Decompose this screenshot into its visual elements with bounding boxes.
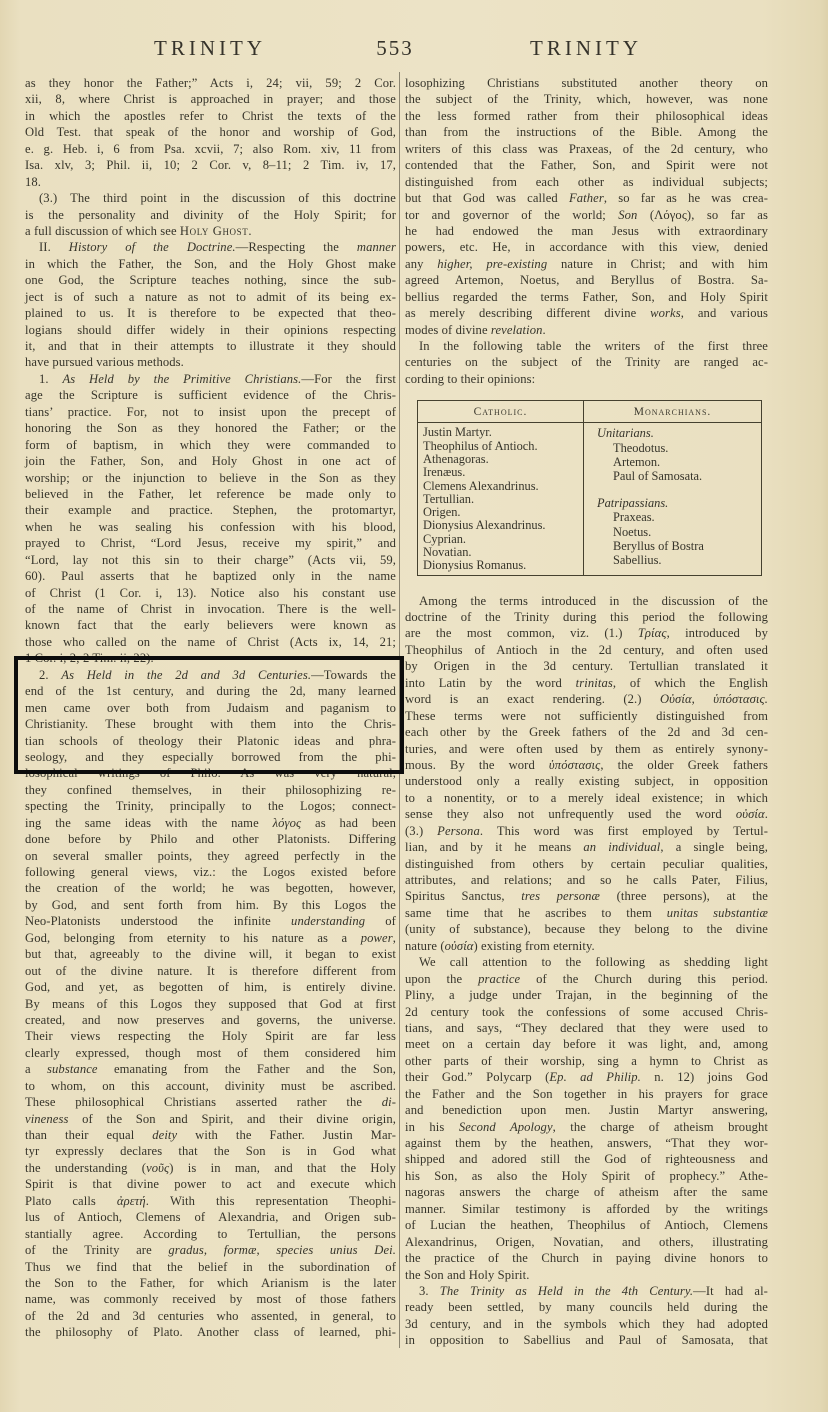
text-line: name, was commonly received by most of t… bbox=[25, 1291, 396, 1307]
text-line: We call attention to the following as sh… bbox=[405, 954, 768, 970]
table-group: Unitarians.Theodotus.Artemon.Paul of Sam… bbox=[589, 426, 759, 483]
text-line: those who called on the name of Christ (… bbox=[25, 634, 396, 650]
text-line: contended that the Father, Son, and Spir… bbox=[405, 157, 768, 173]
text-line: (3.) Persona. This word was first employ… bbox=[405, 823, 768, 839]
text-line: the philosophy of Plato. Another class o… bbox=[25, 1324, 396, 1340]
text-line: clearly expressed, though most of them c… bbox=[25, 1045, 396, 1061]
text-line: the subject of the Trinity, which, howev… bbox=[405, 91, 768, 107]
text-line: God, belonging from eternity to his natu… bbox=[25, 930, 396, 946]
text-line: a substance emanating from the Father an… bbox=[25, 1061, 396, 1077]
text-line: on several smaller points, they agreed p… bbox=[25, 848, 396, 864]
text-line: than from the instructions of the Bible.… bbox=[405, 124, 768, 140]
page-number: 553 bbox=[376, 36, 414, 61]
text-line: Alexandrinus, Origen, Novatian, and othe… bbox=[405, 1234, 768, 1250]
text-line: the Son and Holy Spirit. bbox=[405, 1267, 768, 1283]
table-body-row: Justin Martyr.Theophilus of Antioch.Athe… bbox=[418, 423, 762, 575]
text-line: lian, and by it he means an individual, … bbox=[405, 839, 768, 855]
text-line: but that God was called Father, so far a… bbox=[405, 190, 768, 206]
text-line: known fact that the early believers were… bbox=[25, 617, 396, 633]
text-line: the Son to the Father, for which Arianis… bbox=[25, 1275, 396, 1291]
text-line: 1. As Held by the Primitive Christians.—… bbox=[25, 371, 396, 387]
table-entry: Theophilus of Antioch. bbox=[423, 440, 581, 453]
table-cell-monarchians: Unitarians.Theodotus.Artemon.Paul of Sam… bbox=[584, 423, 762, 575]
text-line: losophizing Christians substituted anoth… bbox=[405, 75, 768, 91]
text-line: his Son, as also the Holy Spirit of prop… bbox=[405, 1168, 768, 1184]
text-line: of the 2d and 3d centuries who assented,… bbox=[25, 1308, 396, 1324]
table-entry: Tertullian. bbox=[423, 493, 581, 506]
text-line: in his Second Apology, the charge of ath… bbox=[405, 1119, 768, 1135]
text-line: 3d century, and in the symbols which the… bbox=[405, 1316, 768, 1332]
table-entry: Dionysius Alexandrinus. bbox=[423, 519, 581, 532]
text-line: Isa. xlv, 3; Phil. ii, 10; 2 Cor. v, 8–1… bbox=[25, 157, 396, 173]
text-line: than their equal deity with the Father. … bbox=[25, 1127, 396, 1143]
table-group-heading: Patripassians. bbox=[597, 496, 759, 510]
text-line: of the name of Christ in invocation. The… bbox=[25, 601, 396, 617]
table-entry: Noetus. bbox=[613, 525, 759, 539]
table-group: Patripassians.Praxeas.Noetus.Beryllus of… bbox=[589, 496, 759, 567]
text-line: and benediction upon men. Justin Martyr … bbox=[405, 1102, 768, 1118]
text-line: of Lucian the heathen, Theophilus of Ant… bbox=[405, 1217, 768, 1233]
text-line: Thus we find that the belief in the subo… bbox=[25, 1259, 396, 1275]
text-line: of Christ (1 Cor. i, 13). Notice also hi… bbox=[25, 585, 396, 601]
table-entry: Cyprian. bbox=[423, 533, 581, 546]
text-line: of the Trinity are gradus, formæ, specie… bbox=[25, 1242, 396, 1258]
text-line: form of baptism, in which they were comm… bbox=[25, 437, 396, 453]
text-line: is the personality and divinity of the H… bbox=[25, 207, 396, 223]
text-line: God, and yet, as begotten of him, is ent… bbox=[25, 979, 396, 995]
text-line: the understanding (νοῦς) is in man, and … bbox=[25, 1160, 396, 1176]
table-entry: Clemens Alexandrinus. bbox=[423, 480, 581, 493]
text-line: attributes, and relations; and so he cal… bbox=[405, 872, 768, 888]
text-line: Old Test. that speak of the honor and wo… bbox=[25, 124, 396, 140]
text-line: believed in the Father, let reference be… bbox=[25, 486, 396, 502]
table-entry: Artemon. bbox=[613, 455, 759, 469]
text-line: seology, and they especially borrowed fr… bbox=[25, 749, 396, 765]
text-line: These terms were not sufficiently distin… bbox=[405, 708, 768, 724]
text-line: Theophilus of Antioch in the 2d century,… bbox=[405, 642, 768, 658]
text-line: each other by the Greek fathers of the 2… bbox=[405, 724, 768, 740]
table-entry: Irenæus. bbox=[423, 466, 581, 479]
table-header-monarchians: Monarchians. bbox=[584, 401, 762, 423]
column-divider-rule bbox=[399, 72, 400, 1348]
text-line: sense they also not unfrequently used th… bbox=[405, 806, 768, 822]
text-line: plained to us. It is therefore to be exp… bbox=[25, 305, 396, 321]
text-line: Plato calls ἀρετή. With this representat… bbox=[25, 1193, 396, 1209]
text-line: out of the divine nature. It is therefor… bbox=[25, 963, 396, 979]
text-line: turies, and were often used by them as e… bbox=[405, 741, 768, 757]
text-line: when he was sealing his confession with … bbox=[25, 519, 396, 535]
text-line: shipped and adored still the God of righ… bbox=[405, 1151, 768, 1167]
text-line: stantially agree. According to Tertullia… bbox=[25, 1226, 396, 1242]
text-line: in opposition to Sabellius and Paul of S… bbox=[405, 1332, 768, 1348]
text-line: the Father and the Son together in his p… bbox=[405, 1086, 768, 1102]
text-line: tians’ practice. For, not to insist upon… bbox=[25, 404, 396, 420]
text-line: it, and that in their attempts to illust… bbox=[25, 338, 396, 354]
text-line: by God, and sent forth from him. By this… bbox=[25, 897, 396, 913]
text-line: he had endowed the man Jesus with extrao… bbox=[405, 223, 768, 239]
text-line: Spiritus Sanctus, tres personæ (three pe… bbox=[405, 888, 768, 904]
text-line: any higher, pre-existing nature in Chris… bbox=[405, 256, 768, 272]
text-line: ject is of such a nature as not to admit… bbox=[25, 289, 396, 305]
text-line: lus of Antioch, Clemens of Alexandria, a… bbox=[25, 1209, 396, 1225]
text-line: honoring the Son as they honored the Fat… bbox=[25, 420, 396, 436]
text-line: ready been settled, by many councils hel… bbox=[405, 1299, 768, 1315]
table-entry: Paul of Samosata. bbox=[613, 469, 759, 483]
table-entry: Athenagoras. bbox=[423, 453, 581, 466]
text-line: one God, the Scripture teaches nothing, … bbox=[25, 272, 396, 288]
text-line: 18. bbox=[25, 174, 396, 190]
text-line: age the Scripture is sufficient evidence… bbox=[25, 387, 396, 403]
text-line: losophical writings of Philo. As was ver… bbox=[25, 765, 396, 781]
text-line: 2. As Held in the 2d and 3d Centuries.—T… bbox=[25, 667, 396, 683]
text-line: doctrine of the Trinity during this peri… bbox=[405, 609, 768, 625]
text-line: the creation of the world; he was begott… bbox=[25, 880, 396, 896]
text-line: In the following table the writers of th… bbox=[405, 338, 768, 354]
text-line: Neo-Platonists understood the infinite u… bbox=[25, 913, 396, 929]
text-line: the practice of the Church in paying div… bbox=[405, 1250, 768, 1266]
text-line: mous. By the word ὑπόστασις, the older G… bbox=[405, 757, 768, 773]
text-line: have pursued various methods. bbox=[25, 354, 396, 370]
text-line: 2d century took the confessions of some … bbox=[405, 1004, 768, 1020]
table-header-catholic: Catholic. bbox=[418, 401, 584, 423]
text-line: 3. The Trinity as Held in the 4th Centur… bbox=[405, 1283, 768, 1299]
text-line: a full discussion of which see Holy Ghos… bbox=[25, 223, 396, 239]
text-line: worship; or the injunction to believe in… bbox=[25, 470, 396, 486]
text-line: By means of this Logos they supposed tha… bbox=[25, 996, 396, 1012]
table-entry: Novatian. bbox=[423, 546, 581, 559]
text-line: Their views respecting the Holy Spirit a… bbox=[25, 1028, 396, 1044]
text-line: in which the Father, the Son, and the Ho… bbox=[25, 256, 396, 272]
table-entry: Origen. bbox=[423, 506, 581, 519]
text-line: distinguished from each other as individ… bbox=[405, 174, 768, 190]
text-line: join the Father, Son, and Holy Ghost in … bbox=[25, 453, 396, 469]
text-line: their God.” Polycarp (Ep. ad Philip. n. … bbox=[405, 1069, 768, 1085]
table-entry: Dionysius Romanus. bbox=[423, 559, 581, 572]
text-line: tian schools of theology their Platonic … bbox=[25, 733, 396, 749]
text-line: logians should differ widely in their op… bbox=[25, 322, 396, 338]
text-line: prayed to Christ, “Lord Jesus, receive m… bbox=[25, 535, 396, 551]
text-line: centuries on the subject of the Trinity … bbox=[405, 354, 768, 370]
text-line: II. History of the Doctrine.—Respecting … bbox=[25, 239, 396, 255]
text-line: created, and now preserves and governs, … bbox=[25, 1012, 396, 1028]
text-line: cording to their opinions: bbox=[405, 371, 768, 387]
text-line: into Latin by the word trinitas, of whic… bbox=[405, 675, 768, 691]
text-line: are the most common, viz. (1.) Τρίας, in… bbox=[405, 625, 768, 641]
right-column-text-bottom: Among the terms introduced in the discus… bbox=[405, 593, 768, 1349]
text-line: as they honor the Father;” Acts i, 24; v… bbox=[25, 75, 396, 91]
text-line: manner. Similar testimony is afforded by… bbox=[405, 1201, 768, 1217]
text-line: ing the same ideas with the name λόγος a… bbox=[25, 815, 396, 831]
text-line: nagoras answers the charge of atheism af… bbox=[405, 1184, 768, 1200]
text-line: the less formed rather from their philos… bbox=[405, 108, 768, 124]
text-line: end of the 1st century, and during the 2… bbox=[25, 683, 396, 699]
text-line: Christianity. These brought with them in… bbox=[25, 716, 396, 732]
running-head-right: TRINITY bbox=[530, 36, 642, 61]
right-column-text-top: losophizing Christians substituted anoth… bbox=[405, 75, 768, 387]
text-line: in which the apostles refer to Christ th… bbox=[25, 108, 396, 124]
table-entry: Praxeas. bbox=[613, 510, 759, 524]
text-line: but that, agreeably to the divine will, … bbox=[25, 946, 396, 962]
table-entry: Sabellius. bbox=[613, 553, 759, 567]
table-entry: Theodotus. bbox=[613, 441, 759, 455]
table-header-row: Catholic. Monarchians. bbox=[418, 401, 762, 423]
writers-table: Catholic. Monarchians. Justin Martyr.The… bbox=[417, 400, 762, 575]
text-line: 60). Paul asserts that he baptized only … bbox=[25, 568, 396, 584]
text-line: to a nonentity, or to a merely ideal exi… bbox=[405, 790, 768, 806]
text-line: vineness of the Son and Spirit, and thei… bbox=[25, 1111, 396, 1127]
text-line: agreed Artemon, Noetus, and Beryllus of … bbox=[405, 272, 768, 288]
text-line: understood only a really existing subjec… bbox=[405, 773, 768, 789]
table-entry: Justin Martyr. bbox=[423, 426, 581, 439]
text-line: following general views, viz.: the Logos… bbox=[25, 864, 396, 880]
text-line: word is an exact rendering. (2.) Οὐσία, … bbox=[405, 691, 768, 707]
right-column: losophizing Christians substituted anoth… bbox=[405, 75, 768, 1349]
text-line: xii, 8, where Christ is approached in pr… bbox=[25, 91, 396, 107]
text-line: men came over both from Judaism and paga… bbox=[25, 700, 396, 716]
text-line: as merely describing different divine wo… bbox=[405, 305, 768, 321]
text-line: tyr expressly declares that the Son is i… bbox=[25, 1143, 396, 1159]
text-line: Among the terms introduced in the discus… bbox=[405, 593, 768, 609]
text-line: tians, and says, “They declared that the… bbox=[405, 1020, 768, 1036]
text-line: by Origen in the 3d century. Tertullian … bbox=[405, 658, 768, 674]
table-group-heading: Unitarians. bbox=[597, 426, 759, 440]
running-head-left: TRINITY bbox=[154, 36, 266, 61]
text-line: bellius regarded the terms Father, Son, … bbox=[405, 289, 768, 305]
text-line: tor and governor of the world; Son (Λόγο… bbox=[405, 207, 768, 223]
text-line: These philosophical Christians asserted … bbox=[25, 1094, 396, 1110]
text-line: (3.) The third point in the discussion o… bbox=[25, 190, 396, 206]
book-page: TRINITY 553 TRINITY as they honor the Fa… bbox=[0, 0, 828, 1412]
text-line: same time that he ascribes to them unita… bbox=[405, 905, 768, 921]
text-line: against them by the heathen, answers, “T… bbox=[405, 1135, 768, 1151]
text-line: Pliny, a judge under Trajan, in the begi… bbox=[405, 987, 768, 1003]
table-cell-catholic: Justin Martyr.Theophilus of Antioch.Athe… bbox=[418, 423, 584, 575]
text-line: done before by Philo and other Platonist… bbox=[25, 831, 396, 847]
text-line: upon the practice of the Church during t… bbox=[405, 971, 768, 987]
text-line: modes of divine revelation. bbox=[405, 322, 768, 338]
text-line: (unity of substance), because they belon… bbox=[405, 921, 768, 937]
left-column: as they honor the Father;” Acts i, 24; v… bbox=[25, 75, 396, 1341]
text-line: nature (οὐσία) existing from eternity. bbox=[405, 938, 768, 954]
text-line: distinguished from others by certain pec… bbox=[405, 856, 768, 872]
text-line: e. g. Heb. i, 6 from Psa. xcvii, 7; also… bbox=[25, 141, 396, 157]
text-line: they confined themselves, in their philo… bbox=[25, 782, 396, 798]
text-line: their example and practice. Stephen, the… bbox=[25, 502, 396, 518]
table-entry: Beryllus of Bostra bbox=[613, 539, 759, 553]
text-line: other parts of their worship, sing a hym… bbox=[405, 1053, 768, 1069]
text-line: 1 Cor. i, 2; 2 Tim. ii, 22). bbox=[25, 650, 396, 666]
text-line: “Lord, lay not this sin to their charge”… bbox=[25, 552, 396, 568]
text-line: meet on a certain day before it was ligh… bbox=[405, 1036, 768, 1052]
text-line: powers, etc. He, in accordance with this… bbox=[405, 239, 768, 255]
text-line: Spirit is that divine power to act and e… bbox=[25, 1176, 396, 1192]
text-line: specting the Trinity, principally to the… bbox=[25, 798, 396, 814]
text-line: writers of this class was Praxeas, of th… bbox=[405, 141, 768, 157]
text-line: to whom, on this account, divinity must … bbox=[25, 1078, 396, 1094]
